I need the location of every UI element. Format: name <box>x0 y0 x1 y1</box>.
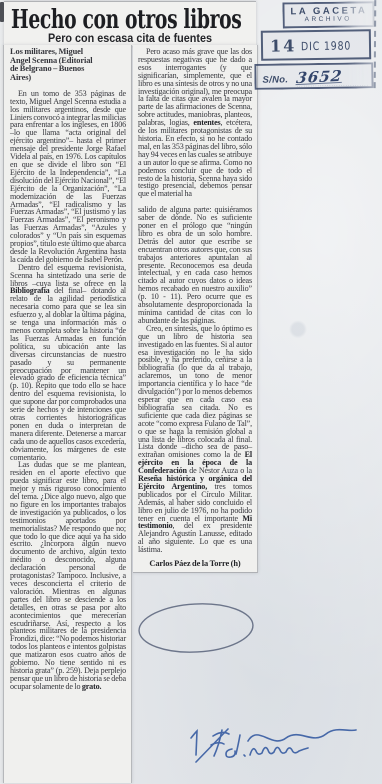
column-right-block-b: salido de alguna parte: quisiéramos sabe… <box>138 206 252 554</box>
stamp-organization-box: LA GACETA ARCHIVO <box>282 1 374 28</box>
stamp-dept-name: ARCHIVO <box>305 15 373 23</box>
article-paragraph: Creo, en síntesis, que lo óptimo es que … <box>138 325 252 554</box>
scanned-newspaper-clipping: Hecho con otros libros Pero con escasa c… <box>0 0 382 784</box>
clipping-torn-edge <box>374 0 377 88</box>
column-right-block-a: Pero acaso más grave que las dos respues… <box>138 48 252 198</box>
article-paragraph: Pero acaso más grave que las dos respues… <box>138 48 252 198</box>
stamp-date-month-year: DIC 1980 <box>301 39 351 54</box>
stamp-date-box: 14DIC 1980 <box>261 29 371 61</box>
book-reference: Los militares, Miguel Angel Scenna (Edit… <box>10 48 102 83</box>
column-left-paragraphs: En un tomo de 353 páginas de texto, Migu… <box>10 90 126 691</box>
author-byline: Carlos Páez de la Torre (h) <box>138 560 252 568</box>
stamp-microprint: ······························· <box>297 82 369 88</box>
scan-edge-mark <box>0 2 4 22</box>
article-paragraph: Dentro del esquema revisionista, Scenna … <box>10 264 126 462</box>
article-title: Hecho con otros libros <box>11 7 241 33</box>
article-column-right: Pero acaso más grave que las dos respues… <box>133 45 258 573</box>
article-paragraph: En un tomo de 353 páginas de texto, Migu… <box>10 90 126 264</box>
stamp-number-box: S/No. 3652 ·····························… <box>254 62 373 90</box>
article-paragraph: Las dudas que se me plantean, residen en… <box>10 461 126 690</box>
stamp-number-label: S/No. <box>262 74 288 85</box>
archive-stamp: LA GACETA ARCHIVO 14DIC 1980 S/No. 3652 … <box>251 0 380 92</box>
pen-circle-annotation <box>134 597 260 661</box>
stamp-date-day: 14 <box>270 36 297 55</box>
article-paragraph: salido de alguna parte: quisiéramos sabe… <box>138 206 252 325</box>
article-column-left: Los militares, Miguel Angel Scenna (Edit… <box>3 45 132 783</box>
pen-inscription <box>182 722 362 777</box>
article-subtitle: Pero con escasa cita de fuentes <box>12 33 249 45</box>
article-header: Hecho con otros libros Pero con escasa c… <box>4 1 256 46</box>
